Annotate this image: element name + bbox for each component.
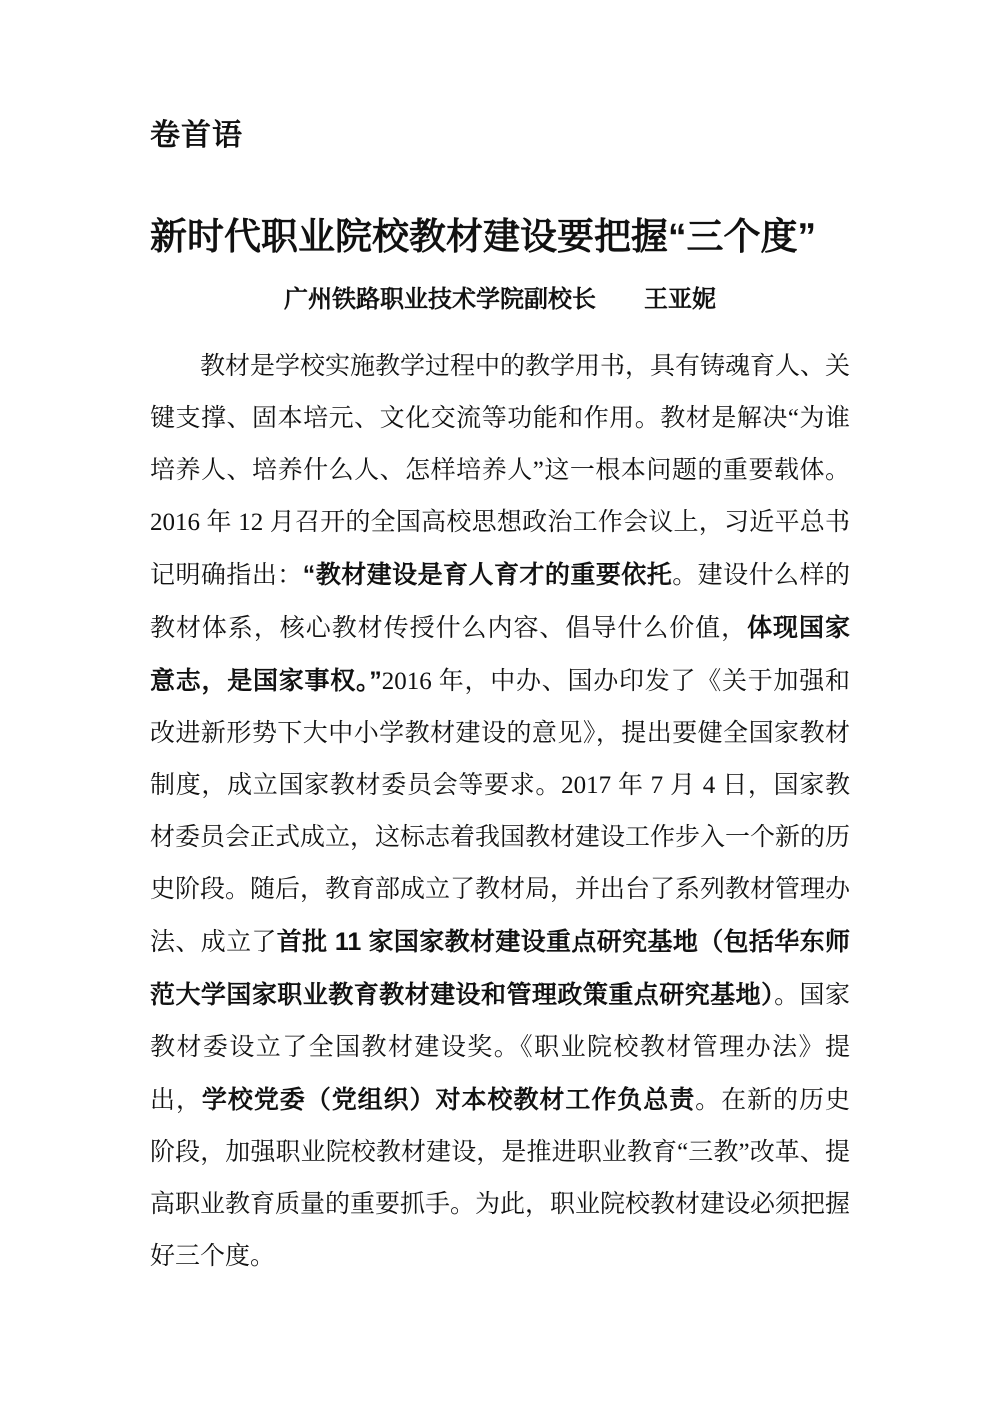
text-segment: 。在新的历史阶段，加强职业院校教材建设，是推进职业教育“三教”改革、提高职业教育… (150, 1087, 850, 1270)
document-page: 卷首语 新时代职业院校教材建设要把握“三个度” 广州铁路职业技术学院副校长 王亚… (0, 0, 1000, 1414)
text-segment: “教材建设是育人育才的重要依托 (303, 561, 672, 589)
body-paragraph: 教材是学校实施教学过程中的教学用书，具有铸魂育人、关键支撑、固本培元、文化交流等… (150, 341, 850, 1283)
author-line: 广州铁路职业技术学院副校长 王亚妮 (150, 285, 850, 316)
section-label: 卷首语 (150, 118, 850, 154)
text-segment: 学校党委（党组织）对本校教材工作负总责 (202, 1086, 695, 1114)
text-segment: 2016 年，中办、国办印发了《关于加强和改进新形势下大中小学教材建设的意见》，… (150, 668, 850, 956)
page-title: 新时代职业院校教材建设要把握“三个度” (150, 216, 850, 259)
text-segment: 教材是学校实施教学过程中的教学用书，具有铸魂育人、关键支撑、固本培元、文化交流等… (150, 353, 850, 589)
